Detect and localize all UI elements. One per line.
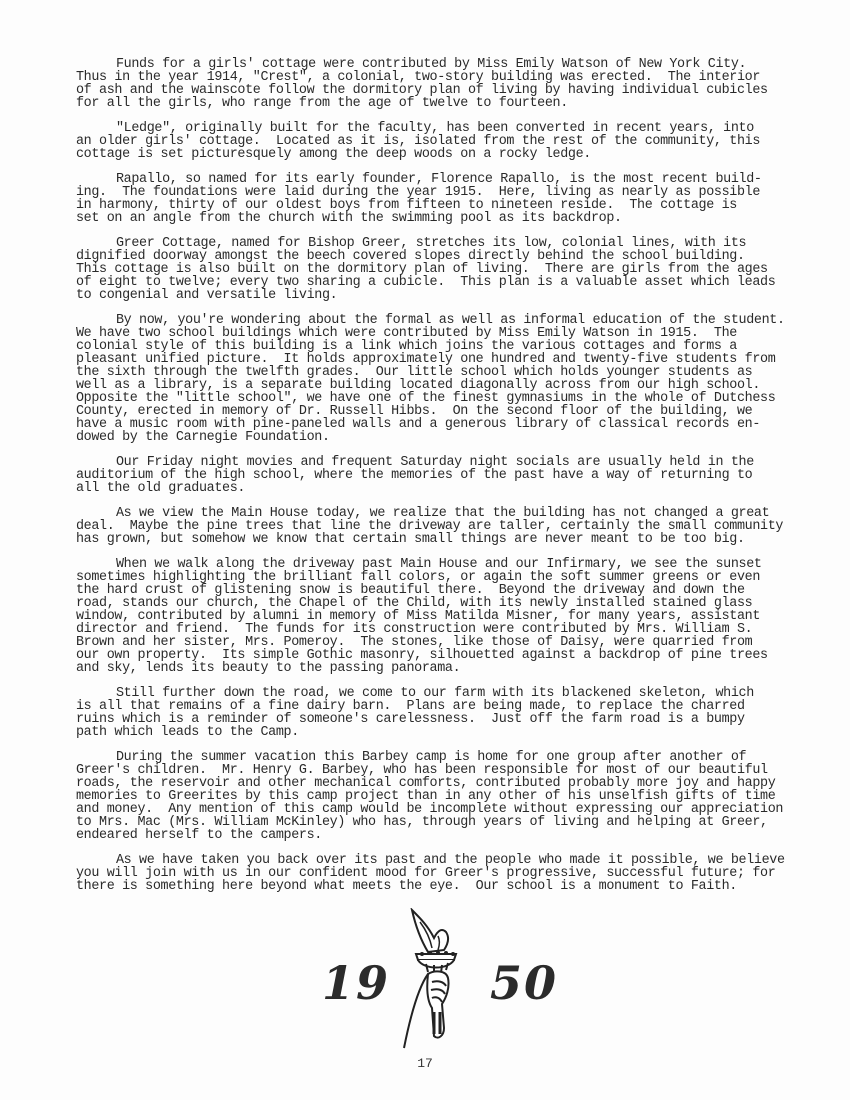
text-line: all the old graduates. (76, 482, 816, 495)
text-line: there is something here beyond what meet… (76, 880, 816, 893)
torch-icon (398, 908, 478, 1058)
paragraph: As we have taken you back over its past … (76, 854, 816, 893)
text-line: set on an angle from the church with the… (76, 212, 816, 225)
paragraph: Greer Cottage, named for Bishop Greer, s… (76, 237, 816, 302)
paragraph: Our Friday night movies and frequent Sat… (76, 456, 816, 495)
year-right: 50 (490, 956, 558, 1010)
paragraph: During the summer vacation this Barbey c… (76, 751, 816, 842)
paragraph: Rapallo, so named for its early founder,… (76, 173, 816, 225)
document-body: Funds for a girls' cottage were contribu… (76, 58, 816, 905)
text-line: cottage is set picturesquely among the d… (76, 148, 816, 161)
text-line: path which leads to the Camp. (76, 726, 816, 739)
paragraph: Still further down the road, we come to … (76, 687, 816, 739)
year-left: 19 (322, 956, 390, 1010)
text-line: and sky, lends its beauty to the passing… (76, 662, 816, 675)
yearbook-emblem: 19 50 (320, 908, 560, 1058)
text-line: to congenial and versatile living. (76, 289, 816, 302)
paragraph: By now, you're wondering about the forma… (76, 314, 816, 444)
page-number: 17 (0, 1056, 850, 1071)
paragraph: "Ledge", originally built for the facult… (76, 122, 816, 161)
text-line: endeared herself to the campers. (76, 829, 816, 842)
paragraph: Funds for a girls' cottage were contribu… (76, 58, 816, 110)
text-line: dowed by the Carnegie Foundation. (76, 431, 816, 444)
paragraph: When we walk along the driveway past Mai… (76, 558, 816, 675)
text-line: for all the girls, who range from the ag… (76, 97, 816, 110)
paragraph: As we view the Main House today, we real… (76, 507, 816, 546)
text-line: has grown, but somehow we know that cert… (76, 533, 816, 546)
